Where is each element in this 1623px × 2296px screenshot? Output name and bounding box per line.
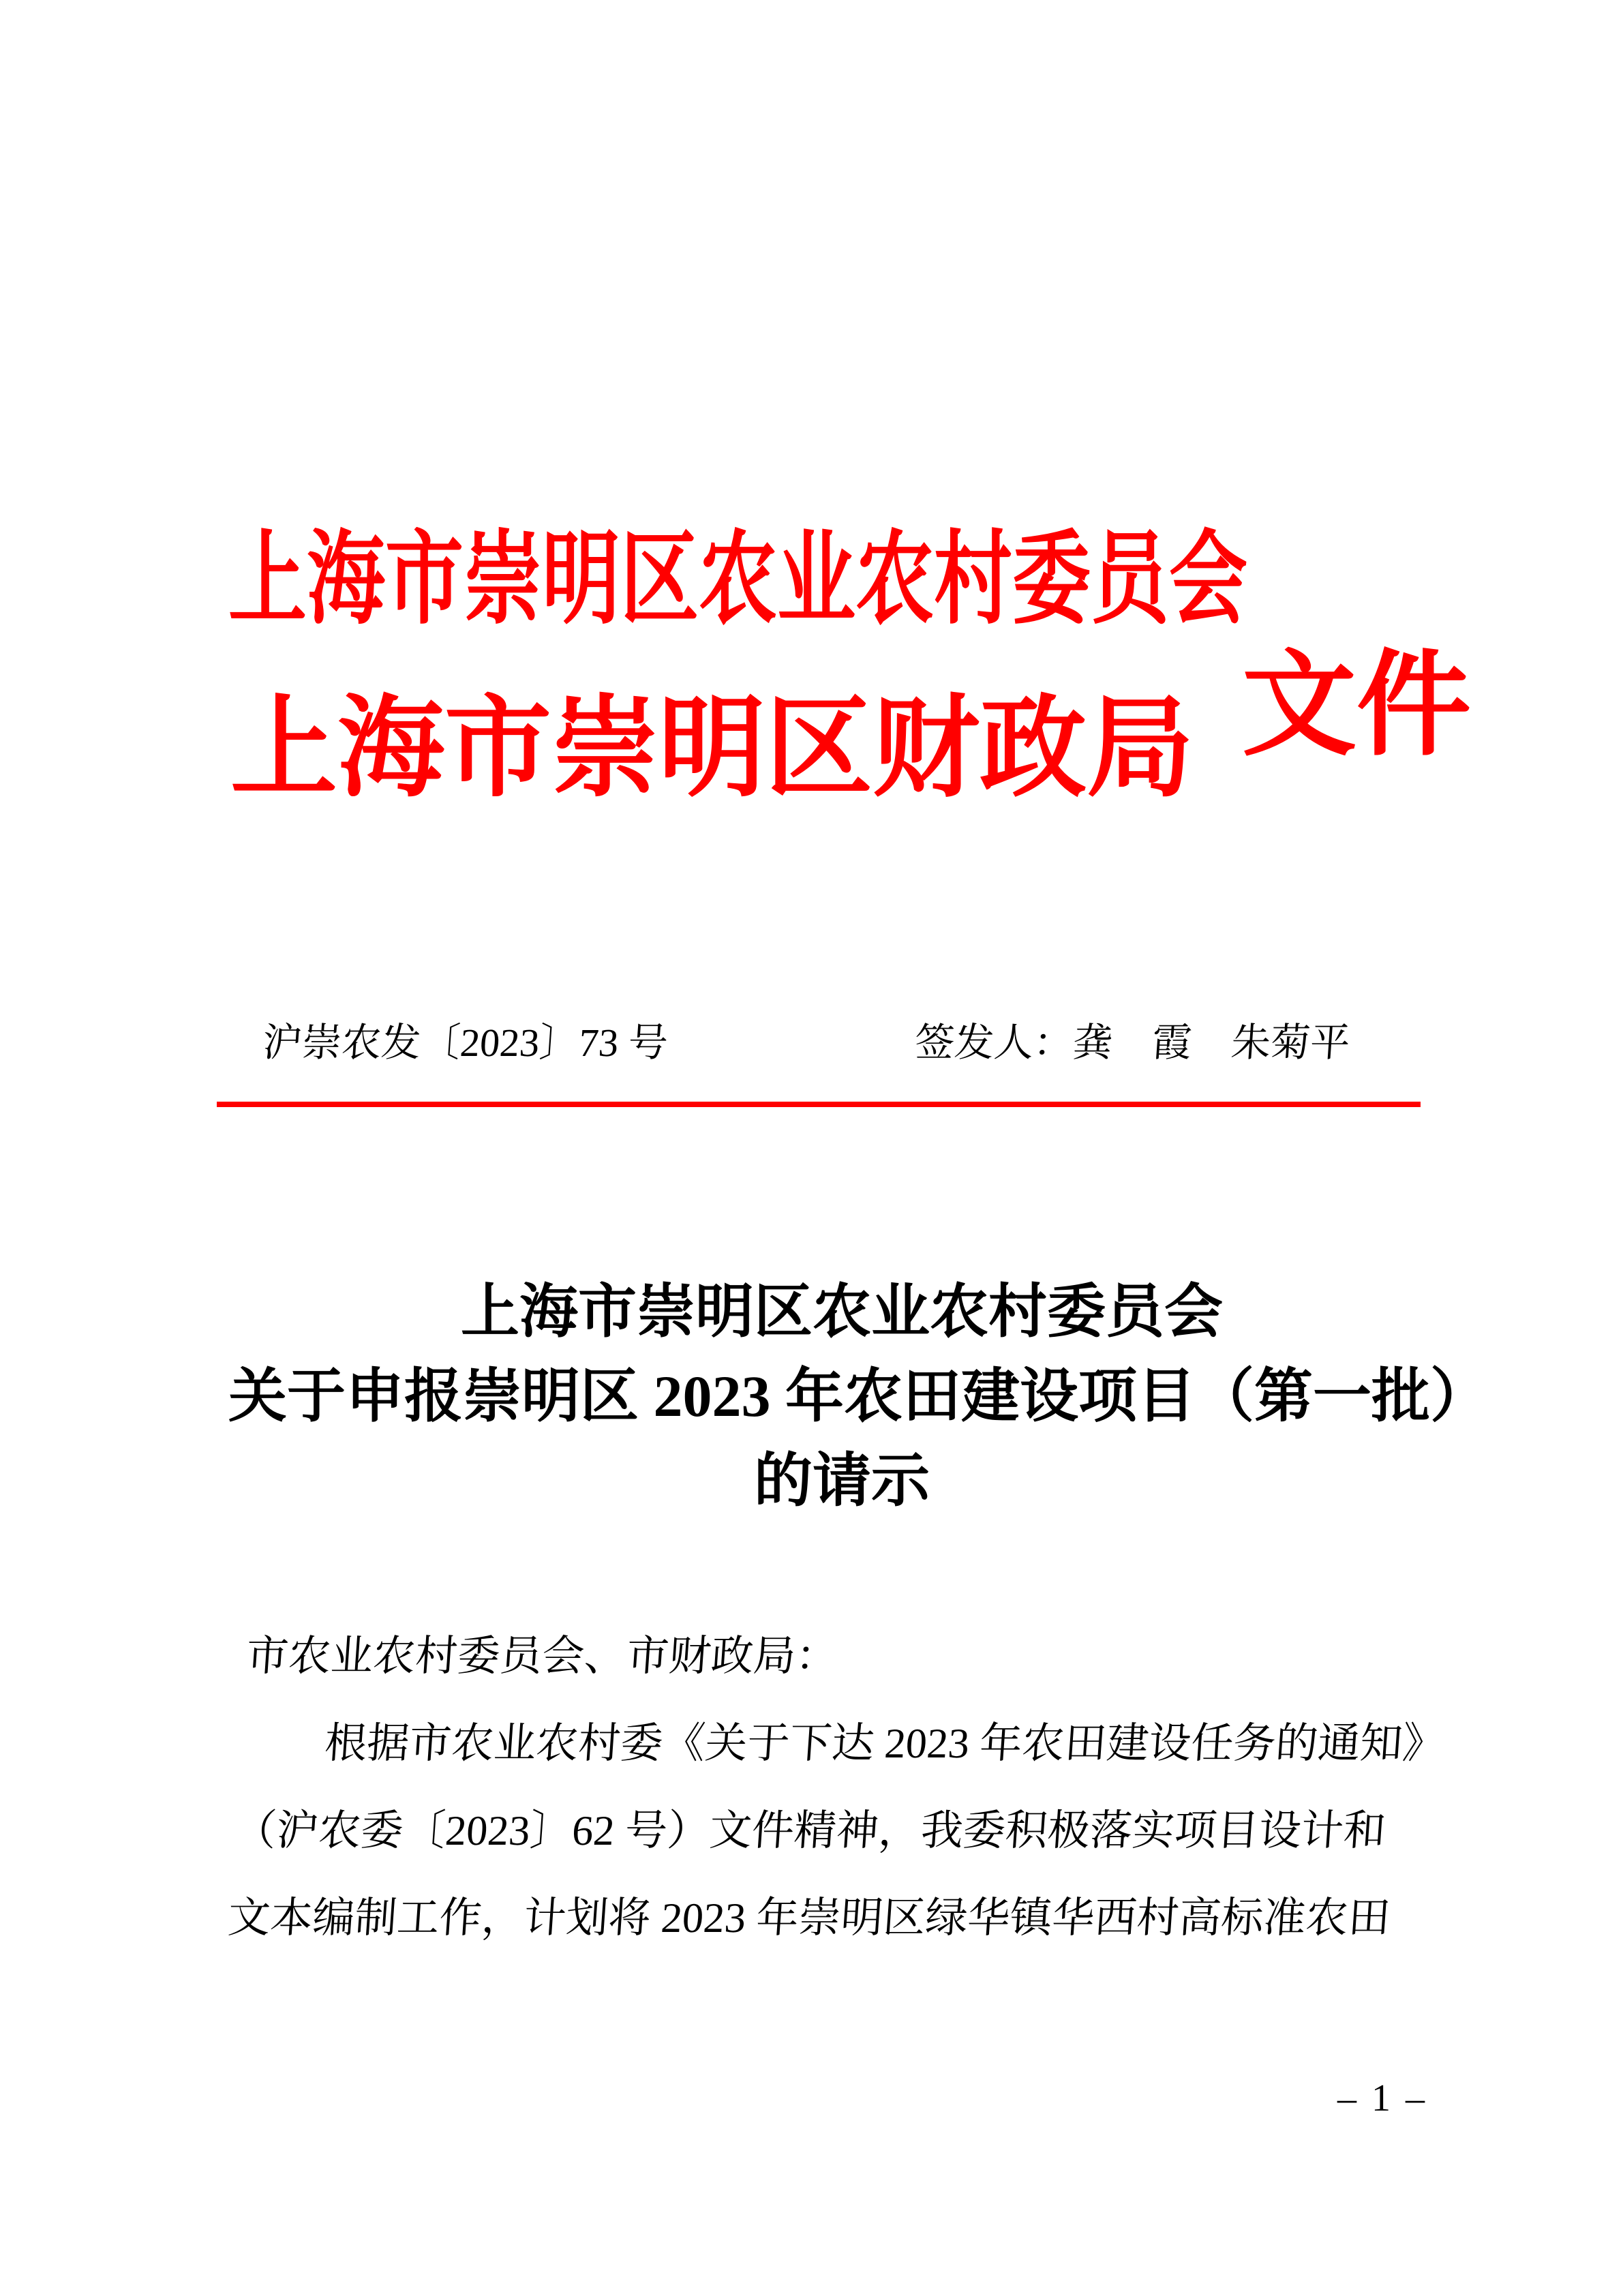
red-divider-rule — [217, 1102, 1421, 1107]
page-number: – 1 – — [1337, 2079, 1427, 2117]
document-title: 上海市崇明区农业农村委员会 关于申报崇明区 2023 年农田建设项目（第一批） … — [228, 1269, 1455, 1523]
letterhead-doc-type-label: 文件 — [1242, 649, 1471, 764]
issuer-line: 签发人：龚 霞 朱菊平 — [913, 1021, 1351, 1065]
salutation-line: 市农业农村委员会、市财政局： — [243, 1613, 1478, 1700]
paragraph-line: 文本编制工作，计划将 2023 年崇明区绿华镇华西村高标准农田 — [225, 1875, 1459, 1962]
title-line-1: 上海市崇明区农业农村委员会 — [228, 1269, 1455, 1354]
paragraph-line: 根据市农业农村委《关于下达 2023 年农田建设任务的通知》 — [237, 1700, 1472, 1787]
title-line-3: 的请示 — [228, 1438, 1455, 1523]
title-line-2: 关于申报崇明区 2023 年农田建设项目（第一批） — [228, 1354, 1455, 1438]
body-text: 市农业农村委员会、市财政局： 根据市农业农村委《关于下达 2023 年农田建设任… — [225, 1613, 1478, 1962]
letterhead-org-line2: 上海市崇明区财政局 — [230, 694, 1194, 804]
document-page: 上海市崇明区农业农村委员会 上海市崇明区财政局 文件 沪崇农发〔2023〕73 … — [0, 0, 1623, 2296]
paragraph-line: （沪农委〔2023〕62 号）文件精神，我委积极落实项目设计和 — [231, 1787, 1466, 1875]
doc-number: 沪崇农发〔2023〕73 号 — [261, 1021, 669, 1065]
letterhead-org-line1: 上海市崇明区农业农村委员会 — [228, 529, 1247, 631]
